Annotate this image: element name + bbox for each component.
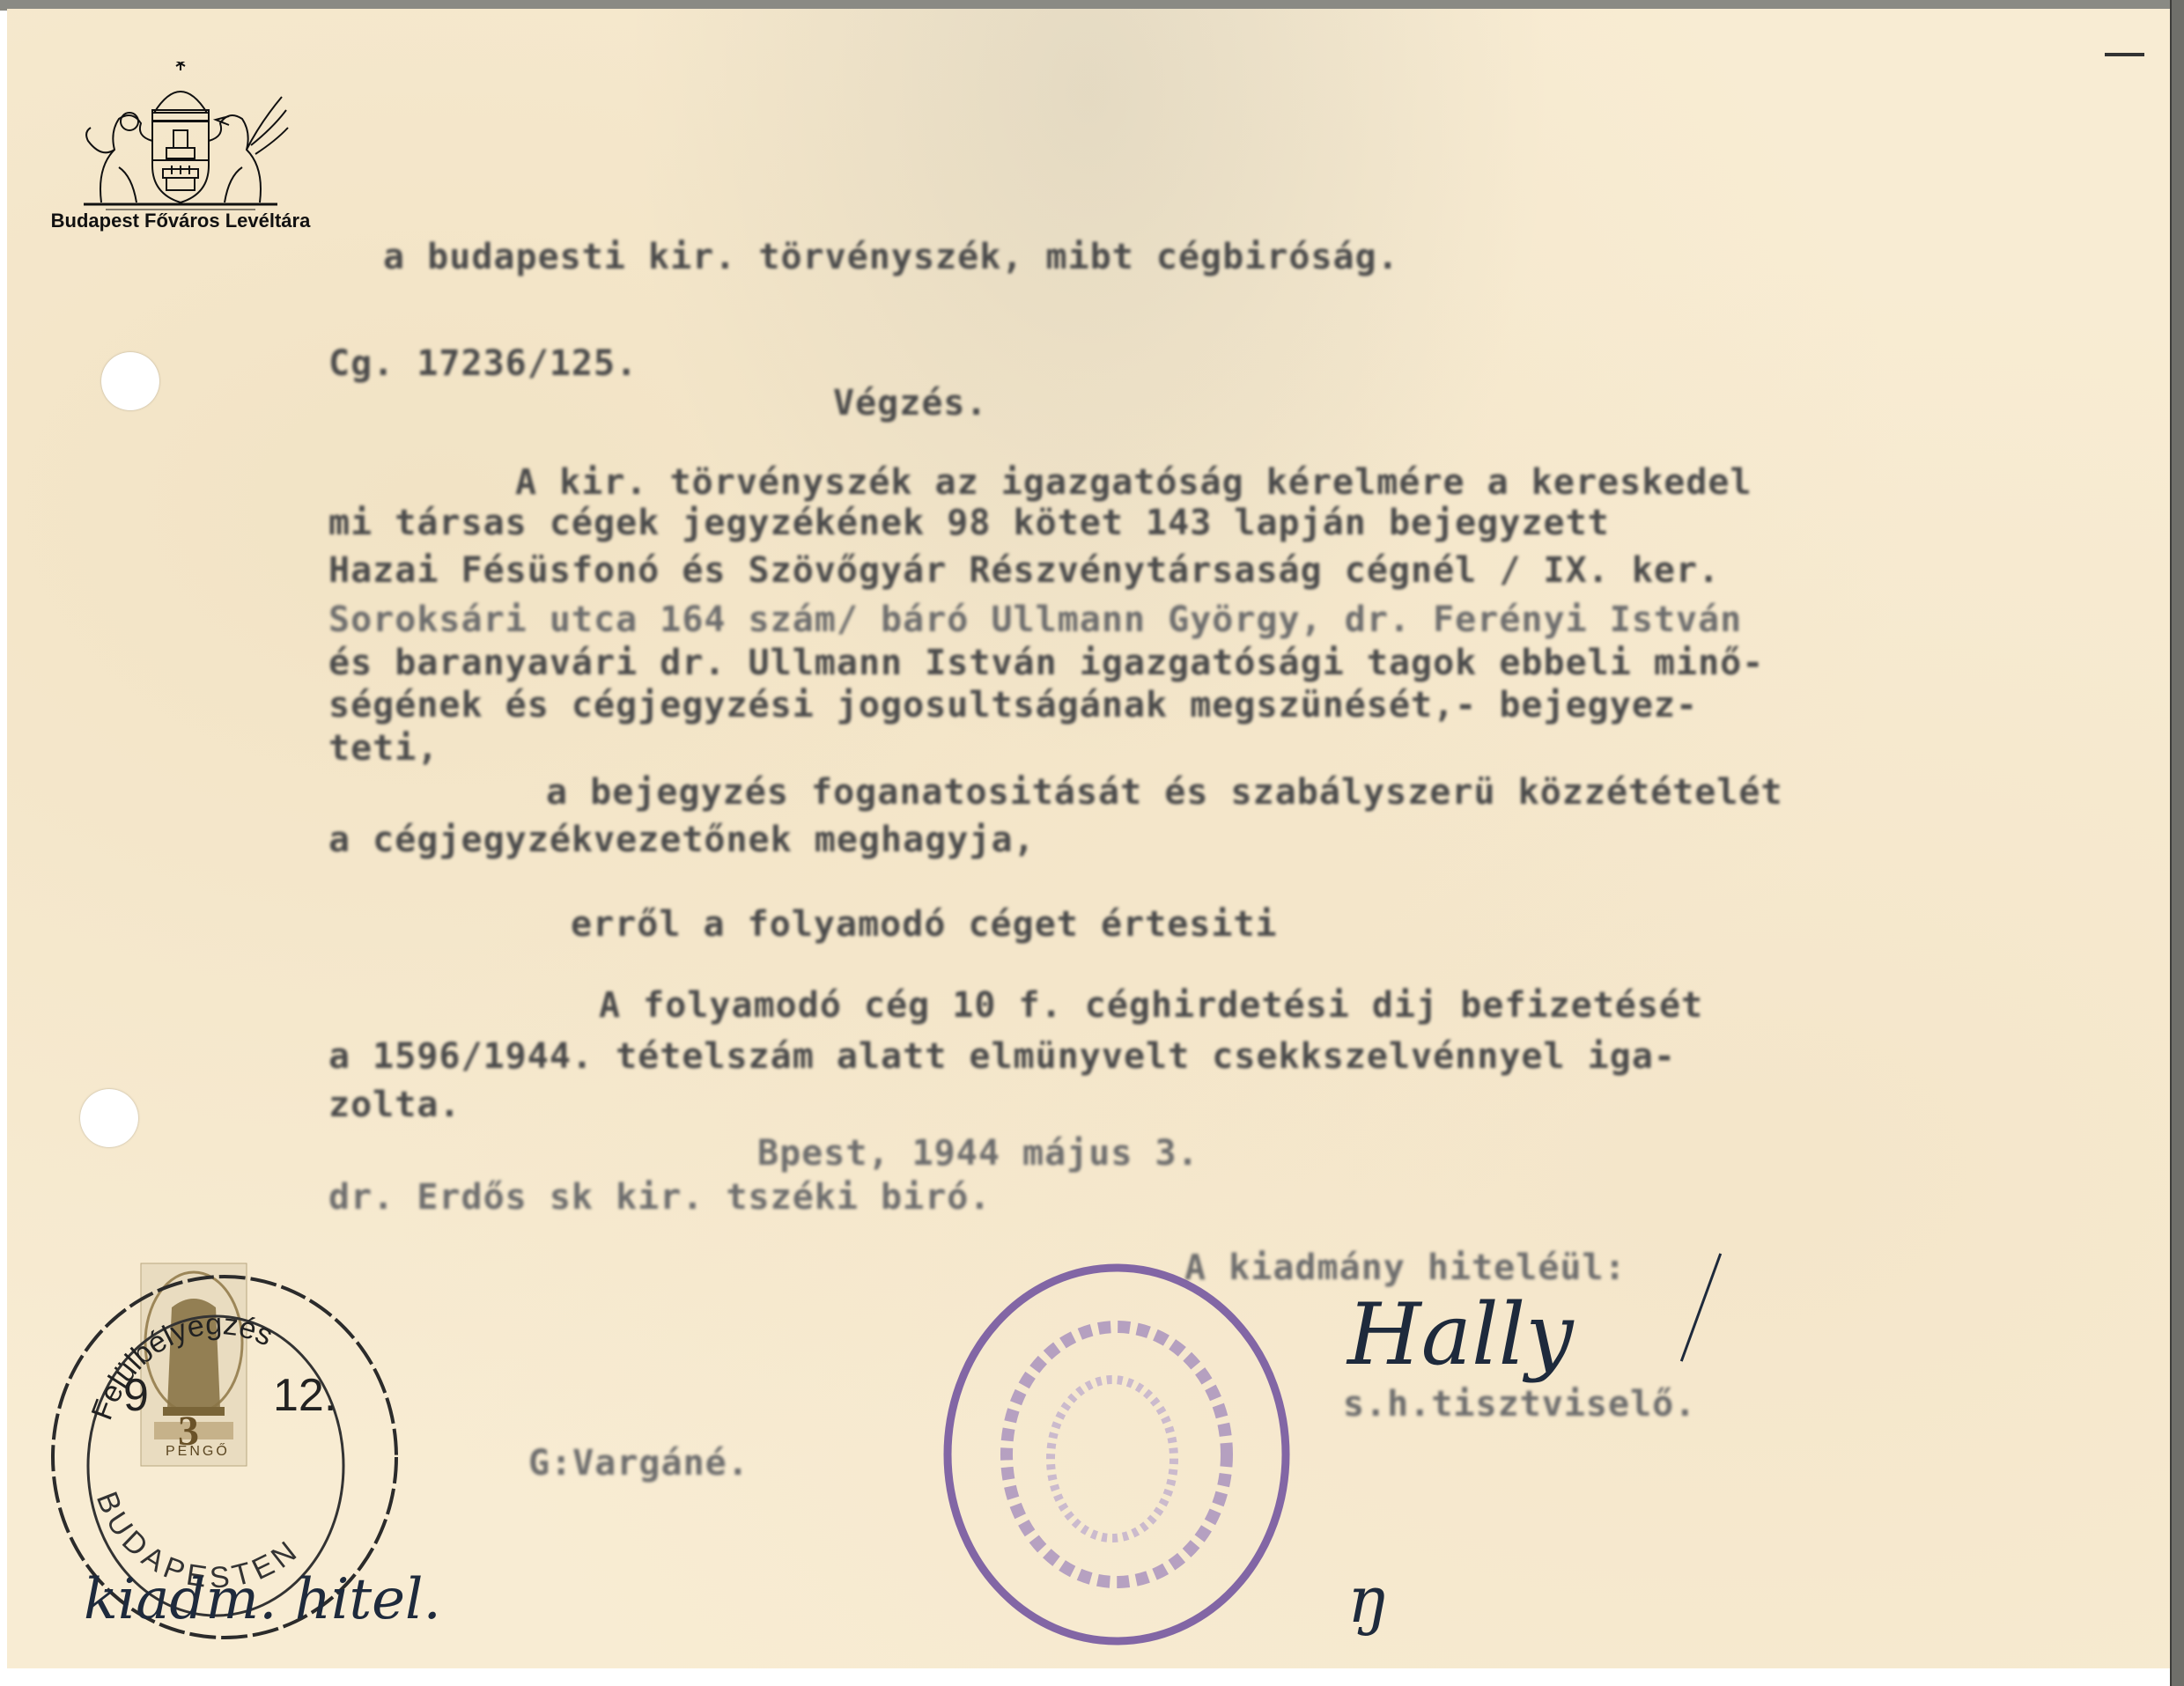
scan-bottom-band bbox=[0, 1668, 2170, 1686]
stamp-date-right: 12. bbox=[273, 1369, 336, 1422]
body-line: Soroksári utca 164 szám/ báró Ullmann Gy… bbox=[328, 602, 1742, 637]
punch-hole-top bbox=[101, 352, 159, 410]
court-seal bbox=[941, 1261, 1293, 1648]
scan-right-edge bbox=[2170, 0, 2184, 1686]
court-heading: a budapesti kir. törvényszék, mibt cégbi… bbox=[383, 239, 1399, 275]
case-number: Cg. 17236/125. bbox=[328, 346, 638, 381]
handwritten-mark: ŋ bbox=[1347, 1563, 1388, 1637]
order-line: a cégjegyzékvezetőnek meghagyja, bbox=[328, 822, 1036, 858]
judge-line: dr. Erdős sk kir. tszéki biró. bbox=[328, 1180, 991, 1215]
date-line: Bpest, 1944 május 3. bbox=[757, 1136, 1199, 1171]
handwritten-note: kiadm. hitel. bbox=[84, 1567, 441, 1632]
notification-line: erről a folyamodó céget értesiti bbox=[571, 907, 1278, 942]
fee-line: zolta. bbox=[328, 1087, 461, 1123]
body-line: ségének és cégjegyzési jogosultságának m… bbox=[328, 688, 1698, 723]
order-line: a bejegyzés foganatositását és szabálysz… bbox=[546, 775, 1783, 810]
body-line: teti, bbox=[328, 731, 439, 766]
typist-initials: G:Vargáné. bbox=[528, 1446, 749, 1481]
fee-line: a 1596/1944. tételszám alatt elmünyvelt … bbox=[328, 1039, 1676, 1074]
body-line: és baranyavári dr. Ullmann István igazga… bbox=[328, 645, 1764, 681]
body-line: mi társas cégek jegyzékének 98 kötet 143… bbox=[328, 505, 1610, 541]
svg-text:Felülbélyegzés: Felülbélyegzés bbox=[85, 1307, 278, 1425]
body-line: A kir. törvényszék az igazgatóság kérelm… bbox=[515, 465, 1752, 500]
fee-line: A folyamodó cég 10 f. céghirdetési dij b… bbox=[599, 988, 1703, 1023]
stamp-top-text: Felülbélyegzés bbox=[85, 1307, 278, 1425]
body-line: Hazai Fésüsfonó és Szövőgyár Részvénytár… bbox=[328, 553, 1720, 588]
document-title: Végzés. bbox=[833, 386, 988, 421]
coat-of-arms-icon bbox=[48, 62, 313, 211]
archive-name: Budapest Főváros Levéltára bbox=[48, 210, 313, 232]
punch-hole-bottom bbox=[80, 1089, 138, 1147]
corner-mark bbox=[2105, 53, 2144, 56]
stamp-date-left: 9 bbox=[123, 1369, 149, 1422]
archive-logo: Budapest Főváros Levéltára bbox=[48, 62, 313, 233]
clerk-title: s.h.tisztviselő. bbox=[1343, 1387, 1696, 1422]
signature: Hally bbox=[1347, 1285, 1574, 1384]
